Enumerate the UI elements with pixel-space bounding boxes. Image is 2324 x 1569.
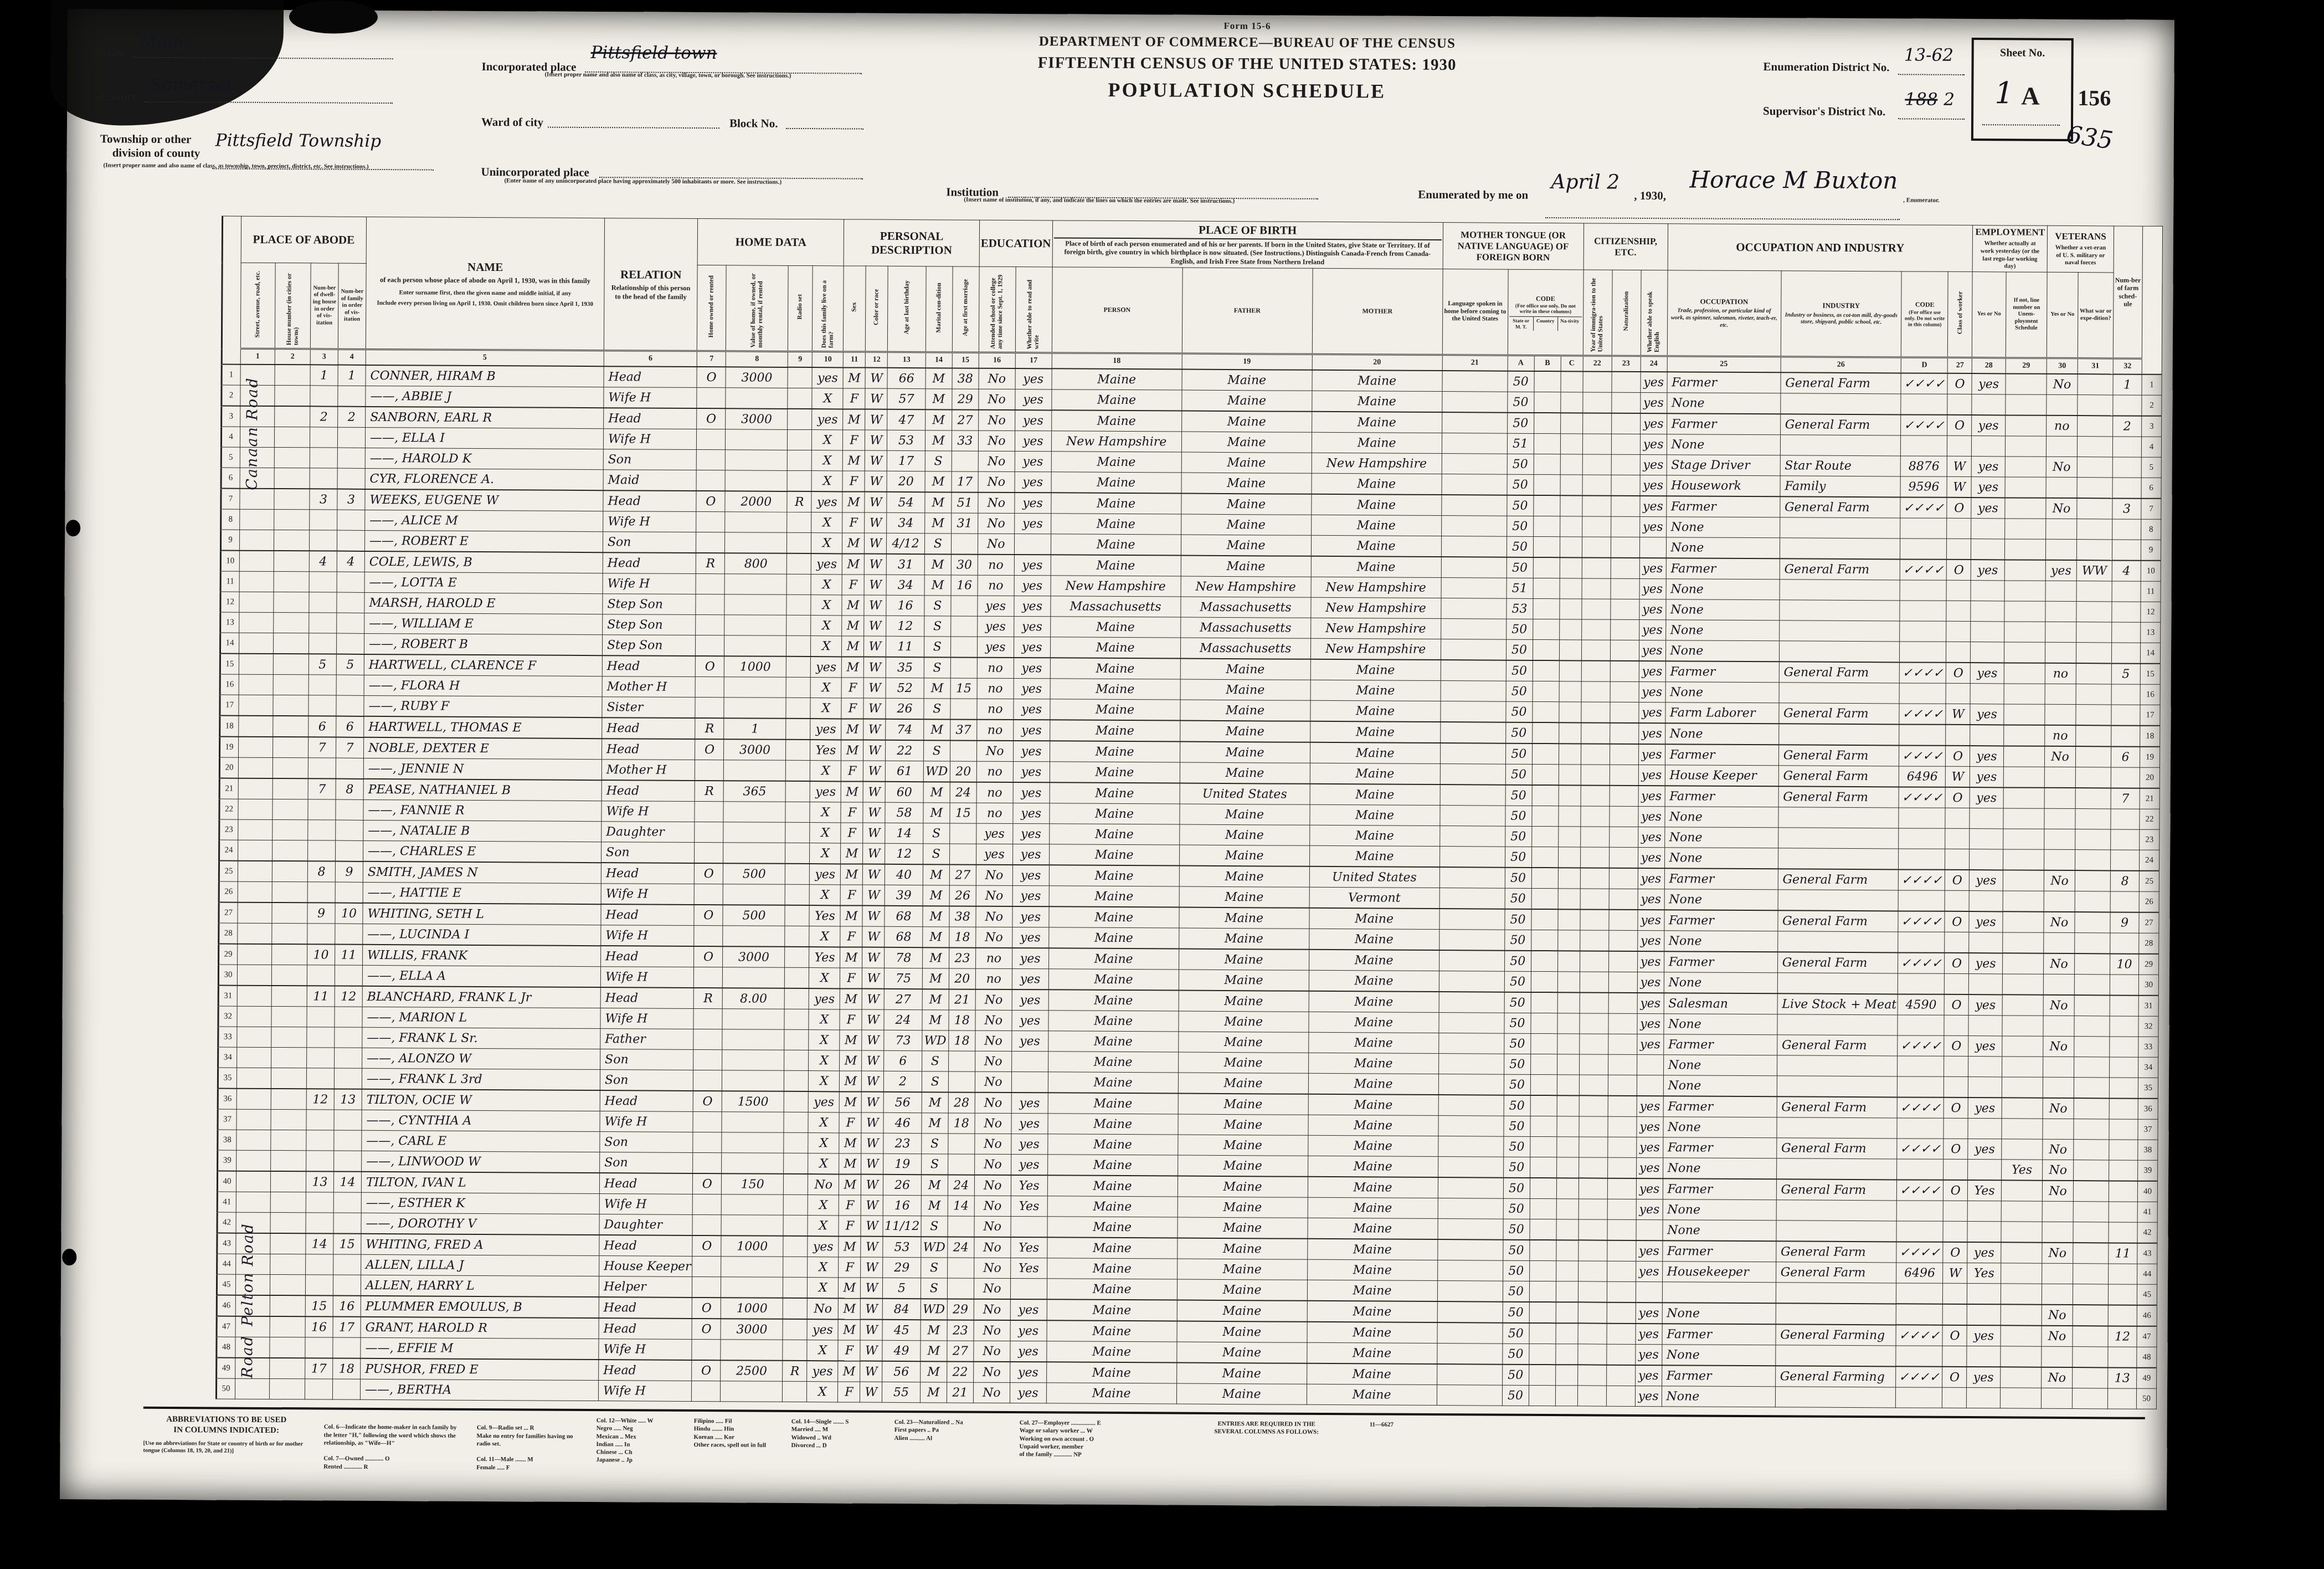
cell-mother_birthplace: Maine [1310,659,1441,681]
cell-code_b [1530,1095,1557,1116]
cell-relation: Wife H [599,1339,692,1360]
cell-veteran [2044,788,2075,809]
cell-speaks_english: yes [1640,475,1667,496]
cell-color_race: W [861,1299,883,1320]
line-number-right: 47 [2137,1326,2157,1347]
cell-father_birthplace: Maine [1181,390,1312,412]
cell-lives_on_farm: yes [810,864,841,885]
cell-attended_school: No [978,513,1014,534]
cell-age_at_first_marriage: 30 [951,554,978,575]
cell-code_b [1534,392,1560,413]
column-relation-header: RELATION Relationship of this person to … [604,218,698,351]
cell-birthplace: Maine [1048,1031,1178,1052]
cell-color_race: W [863,885,885,906]
cell-industry: General Farm [1776,1262,1896,1283]
cell-home_owned_or_rented: O [693,1091,722,1112]
cell-occupation: Farmer [1665,744,1778,766]
cell-war [2076,622,2112,643]
cell-mother_birthplace: Maine [1308,1032,1438,1053]
cell-dwelling_number [310,510,337,530]
cell-naturalization [1611,558,1639,579]
cell-code_a: 50 [1503,1281,1529,1302]
cell-radio_set [784,1091,809,1112]
cell-unemployment_line [2001,1201,2042,1222]
cell-war [2077,478,2112,499]
cell-sex: M [843,409,865,430]
cell-code_a: 50 [1504,1054,1530,1074]
cell-home_value [722,1112,784,1133]
cell-code_c [1559,765,1581,786]
cell-worker_class [1944,1015,1968,1035]
cell-mother_birthplace: Maine [1310,763,1440,784]
cell-street [238,840,272,861]
cell-father_birthplace: Maine [1178,1094,1308,1115]
cell-marital_condition: M [926,389,952,410]
cell-family_number: 9 [335,862,363,883]
cell-street [239,571,274,592]
cell-sex: M [840,1050,862,1071]
cell-veteran [2043,1119,2074,1139]
cell-code_a: 50 [1502,1344,1529,1365]
cell-worker_class [1947,394,1972,415]
cell-color_race: W [863,802,885,823]
line-number-right: 43 [2137,1243,2157,1264]
cell-industry: General Farm [1778,910,1899,932]
cell-birthplace: Maine [1051,493,1181,514]
cell-radio_set [783,1215,808,1236]
cell-naturalization [1608,1096,1637,1117]
column-number: 29 [2006,358,2047,374]
cell-age_at_first_marriage: 18 [949,1030,975,1051]
cell-birthplace: Maine [1047,1320,1177,1342]
cell-age: 53 [887,430,926,450]
cell-at_work_yesterday [1970,684,2004,704]
cell-street [237,1027,271,1047]
cell-family_number: 5 [336,654,364,675]
cell-home_value [724,698,786,719]
cell-speaks_english: yes [1638,765,1665,786]
cell-code_c [1557,1034,1579,1054]
cell-read_write: yes [1013,803,1050,824]
cell-attended_school: No [976,865,1012,886]
cell-lives_on_farm: yes [811,491,842,512]
cell-sex: M [839,1278,861,1299]
cell-family_number: 3 [337,489,365,510]
cell-home_owned_or_rented [696,470,725,491]
cell-at_work_yesterday: yes [1970,746,2004,767]
cell-code_a: 50 [1503,1240,1529,1261]
cell-color_race: W [863,782,885,803]
cell-worker_class: O [1947,415,1972,436]
cell-name: CYR, FLORENCE A. [365,468,603,490]
cell-home_value [721,1277,783,1298]
cell-mother_birthplace: New Hampshire [1311,577,1441,598]
cell-lives_on_farm: X [811,616,842,636]
cell-occupation_code [1899,808,1945,828]
cell-radio_set [784,1070,809,1091]
cell-father_birthplace: Maine [1179,949,1309,971]
cell-speaks_english: yes [1637,1116,1663,1137]
line-number-left: 44 [217,1254,236,1274]
cell-worker_class [1943,1201,1968,1221]
cell-occupation: Housework [1667,475,1780,497]
cell-lives_on_farm: X [812,430,843,450]
cell-age: 56 [884,1092,922,1113]
cell-age_at_first_marriage: 33 [952,430,978,451]
cell-house_number [271,1027,307,1048]
cell-worker_class: O [1945,994,1969,1016]
cell-age_at_first_marriage: 18 [949,927,976,948]
cell-home_owned_or_rented: O [692,1360,721,1381]
cell-war [2073,1284,2108,1305]
cell-dwelling_number: 2 [310,406,338,427]
cell-family_number [334,1151,362,1172]
cell-mother_birthplace: Maine [1308,1218,1438,1239]
cell-occupation: None [1663,1199,1776,1221]
line-number-left: 47 [217,1316,235,1337]
line-number-left: 3 [222,406,240,427]
cell-veteran [2045,622,2076,642]
cell-read_write: yes [1011,1155,1047,1176]
cell-occupation: Salesman [1664,993,1777,1014]
cell-language_spoken [1441,619,1506,640]
cell-code_b [1530,1198,1556,1219]
cell-worker_class [1946,725,1970,746]
cell-code_a: 50 [1504,1033,1530,1054]
cell-industry: General Farm [1776,1241,1896,1263]
line-number-right: 44 [2137,1264,2157,1284]
cell-occupation_code [1899,828,1945,849]
cell-war [2076,581,2112,602]
cell-father_birthplace: Maine [1178,1052,1308,1073]
cell-age: 34 [886,575,924,595]
cell-age: 20 [887,471,925,492]
cell-read_write: yes [1014,679,1050,699]
cell-occupation: Farmer [1662,1324,1776,1345]
line-number-right: 3 [2142,416,2162,437]
cell-occupation: None [1662,1345,1775,1366]
cell-code_a: 50 [1507,557,1533,578]
cell-age: 78 [885,947,923,968]
cell-occupation: House Keeper [1665,765,1778,787]
cell-industry [1779,600,1900,621]
cell-family_number [333,1254,361,1275]
cell-father_birthplace: Maine [1177,1259,1307,1280]
cell-birthplace: Maine [1051,514,1181,535]
column-sex: Sex [844,266,866,352]
cell-family_number [337,613,364,633]
cell-mother_birthplace: Maine [1308,1073,1438,1095]
cell-street [238,778,272,799]
cell-age_at_first_marriage: 29 [952,389,979,410]
cell-read_write: yes [1011,1093,1048,1114]
cell-naturalization [1607,1178,1636,1199]
cell-farm_schedule [2109,1160,2138,1181]
cell-code_c [1560,516,1582,537]
cell-birthplace: Maine [1051,389,1181,411]
cell-father_birthplace: Maine [1179,907,1309,929]
cell-language_spoken [1439,1013,1504,1034]
cell-home_value [724,635,786,657]
cell-relation: Head [600,1090,693,1111]
cell-dwelling_number: 14 [306,1233,333,1254]
cell-farm_schedule [2111,725,2140,746]
cell-attended_school: No [974,1320,1010,1341]
cell-code_a: 50 [1506,681,1533,701]
cell-home_value [722,1050,784,1071]
cell-name: SMITH, JAMES N [363,862,601,884]
cell-code_c [1556,1323,1578,1344]
cell-industry [1778,828,1899,849]
cell-marital_condition: M [923,927,949,948]
cell-code_b [1531,930,1557,951]
column-name-header: NAME of each person whose place of abode… [366,217,604,350]
cell-relation: Head [601,739,695,760]
cell-attended_school: No [978,493,1015,514]
cell-relation: Head [604,408,697,429]
cell-war [2075,746,2111,767]
cell-language_spoken [1438,1074,1504,1095]
cell-family_number [336,820,363,840]
cell-occupation_code: 8876 [1901,456,1947,476]
cell-worker_class [1943,1221,1967,1242]
township-note: (Insert proper name and also name of cla… [104,162,369,170]
cell-worker_class: W [1947,476,1971,498]
cell-lives_on_farm: X [812,388,843,409]
cell-code_b [1531,888,1558,909]
cell-naturalization [1611,516,1639,537]
line-number-left: 14 [220,633,239,654]
cell-occupation_code [1901,394,1947,415]
cell-home_owned_or_rented: O [695,739,724,760]
cell-code_c [1557,992,1580,1013]
cell-speaks_english: yes [1640,454,1667,475]
cell-occupation_code [1898,932,1945,953]
cell-sex: M [843,450,865,471]
form-header: State Maine County Somerset Township or … [66,9,2174,226]
cell-read_write: yes [1011,1031,1048,1052]
cell-marital_condition: S [924,596,951,616]
cell-speaks_english: yes [1638,723,1665,744]
cell-home_owned_or_rented [693,1132,722,1153]
cell-immigration_year [1580,827,1609,847]
cell-radio_set [783,1277,808,1298]
cell-mother_birthplace: Maine [1312,391,1442,412]
cell-farm_schedule [2109,1264,2137,1284]
cell-veteran: yes [2045,560,2076,581]
group-personal-description: PERSONAL DESCRIPTION [844,219,980,266]
cell-speaks_english: yes [1639,681,1665,702]
cell-lives_on_farm: Yes [810,740,841,761]
cell-read_write: Yes [1011,1196,1047,1217]
road-name-label: Road [239,1340,256,1378]
cell-code_c [1559,619,1581,640]
cell-lives_on_farm: Yes [809,947,840,968]
cell-home_owned_or_rented: R [696,553,725,574]
cell-naturalization [1609,889,1638,910]
census-table-body: 111CONNER, HIRAM BHeadO3000yesMW66M38Noy… [216,365,2162,1409]
cell-farm_schedule: 2 [2113,416,2142,437]
cell-marital_condition: M [924,513,951,534]
cell-color_race: W [864,575,886,595]
cell-lives_on_farm: X [812,450,843,471]
cell-unemployment_line [2002,974,2043,995]
cell-code_b [1531,951,1557,972]
cell-unemployment_line [2002,1077,2043,1098]
line-number-left: 20 [219,757,238,778]
cell-name: ——, NATALIE B [363,820,601,842]
cell-war [2074,1037,2110,1057]
cell-sex: F [841,678,863,698]
cell-name: ——, LOTTA E [364,572,603,593]
cell-radio_set [783,1236,808,1257]
cell-occupation_code [1899,849,1945,870]
cell-attended_school: no [978,555,1014,576]
cell-lives_on_farm: X [809,926,840,947]
cell-industry: General Farm [1776,1138,1897,1159]
cell-speaks_english: yes [1639,516,1666,537]
cell-war [2073,1305,2108,1326]
cell-code_a: 50 [1506,660,1533,681]
cell-immigration_year [1581,702,1610,723]
cell-color_race: W [861,1278,883,1299]
cell-marital_condition: S [923,823,950,844]
line-number-right: 12 [2141,602,2161,622]
cell-house_number [272,861,307,882]
cell-immigration_year [1579,1157,1607,1178]
cell-color_race: W [861,1112,883,1133]
cell-occupation_code: ✓✓✓✓ [1900,559,1947,580]
cell-code_b [1532,785,1559,806]
cell-mother_birthplace: Maine [1309,825,1439,846]
cell-sex: F [841,802,863,823]
cell-read_write: yes [1012,844,1049,865]
cell-color_race: W [865,368,887,389]
cell-radio_set [783,1319,807,1340]
cell-industry [1777,931,1898,953]
cell-read_write: yes [1010,1299,1047,1320]
cell-immigration_year [1577,1386,1606,1406]
cell-unemployment_line [2004,560,2045,581]
cell-sex: F [843,430,865,450]
cell-immigration_year [1581,619,1610,640]
cell-war [2077,457,2112,478]
cell-mother_birthplace: Maine [1312,370,1442,392]
column-birthplace-mother: MOTHER [1312,268,1443,355]
cell-naturalization [1607,1219,1636,1240]
cell-war [2073,1181,2109,1202]
cell-age: 53 [883,1237,921,1258]
cell-marital_condition: M [922,968,949,989]
cell-code_a: 50 [1506,619,1533,639]
cell-birthplace: Maine [1050,762,1180,783]
cell-attended_school: no [975,948,1012,969]
cell-radio_set [785,905,809,926]
cell-code_a: 50 [1503,1178,1530,1199]
cell-naturalization [1608,1075,1637,1096]
cell-naturalization [1611,454,1640,475]
cell-relation: Son [603,449,697,470]
cell-farm_schedule: 3 [2112,498,2141,519]
cell-read_write: yes [1013,782,1050,803]
cell-language_spoken [1438,1219,1503,1240]
cell-house_number [271,1110,306,1130]
cell-family_number: 13 [334,1089,362,1110]
cell-lives_on_farm: X [811,512,842,533]
line-number-right: 18 [2140,726,2160,747]
cell-street [238,799,272,819]
cell-read_write: yes [1012,865,1049,886]
cell-color_race: W [861,1195,883,1216]
cell-occupation_code: 9596 [1900,476,1947,498]
cell-street [235,1378,269,1399]
column-number: 18 [1052,353,1182,370]
population-schedule-table: PLACE OF ABODE NAME of each person whose… [215,216,2163,1409]
cell-language_spoken [1438,1033,1504,1054]
cell-father_birthplace: Maine [1179,928,1309,950]
cell-house_number [271,1048,307,1068]
cell-code_a: 50 [1503,1136,1530,1157]
cell-radio_set [786,698,810,719]
cell-code_b [1531,1013,1557,1033]
cell-sex: M [841,864,863,885]
cell-mother_birthplace: Maine [1309,950,1439,971]
cell-at_work_yesterday [1968,1057,2002,1077]
cell-birthplace: Maine [1047,1237,1177,1259]
column-number: B [1534,355,1561,371]
cell-birthplace: Maine [1048,1093,1178,1114]
column-number: 13 [888,352,926,368]
cell-speaks_english: yes [1638,910,1664,931]
cell-occupation: Farm Laborer [1665,703,1778,724]
cell-home_value [725,512,787,533]
cell-birthplace: Maine [1049,886,1179,907]
cell-dwelling_number [305,1337,333,1358]
cell-veteran [2043,1016,2074,1036]
cell-street [239,530,274,551]
cell-age_at_first_marriage [950,823,976,844]
cell-age_at_first_marriage: 31 [951,513,978,534]
cell-radio_set [784,1153,808,1174]
cell-industry: General Farm [1776,1179,1897,1201]
cell-dwelling_number [309,633,336,654]
line-number-left: 19 [219,737,238,758]
cell-language_spoken [1439,992,1504,1013]
cell-worker_class: O [1946,787,1970,808]
enumeration-date: April 2 [1551,171,1619,194]
cell-immigration_year [1582,537,1611,558]
cell-naturalization [1609,806,1638,827]
cell-code_c [1556,1137,1579,1157]
cell-sex: M [839,1298,861,1319]
cell-read_write: yes [1012,969,1048,990]
cell-war [2073,1367,2108,1388]
cell-speaks_english: yes [1635,1386,1662,1406]
cell-dwelling_number: 6 [309,716,336,737]
group-veterans: VETERANS Whether a vet-eran of U. S. mil… [2047,225,2114,273]
enumeration-year: , 1930, [1634,189,1666,203]
cell-dwelling_number: 12 [306,1089,334,1110]
cell-speaks_english: yes [1641,372,1667,393]
cell-veteran [2041,1388,2072,1408]
cell-unemployment_line [2005,457,2046,477]
cell-age: 26 [886,698,924,719]
cell-home_value [724,677,786,698]
cell-radio_set [784,1194,808,1215]
cell-speaks_english: yes [1640,434,1667,454]
cell-birthplace: Maine [1051,410,1181,432]
cell-birthplace: Maine [1050,720,1180,741]
